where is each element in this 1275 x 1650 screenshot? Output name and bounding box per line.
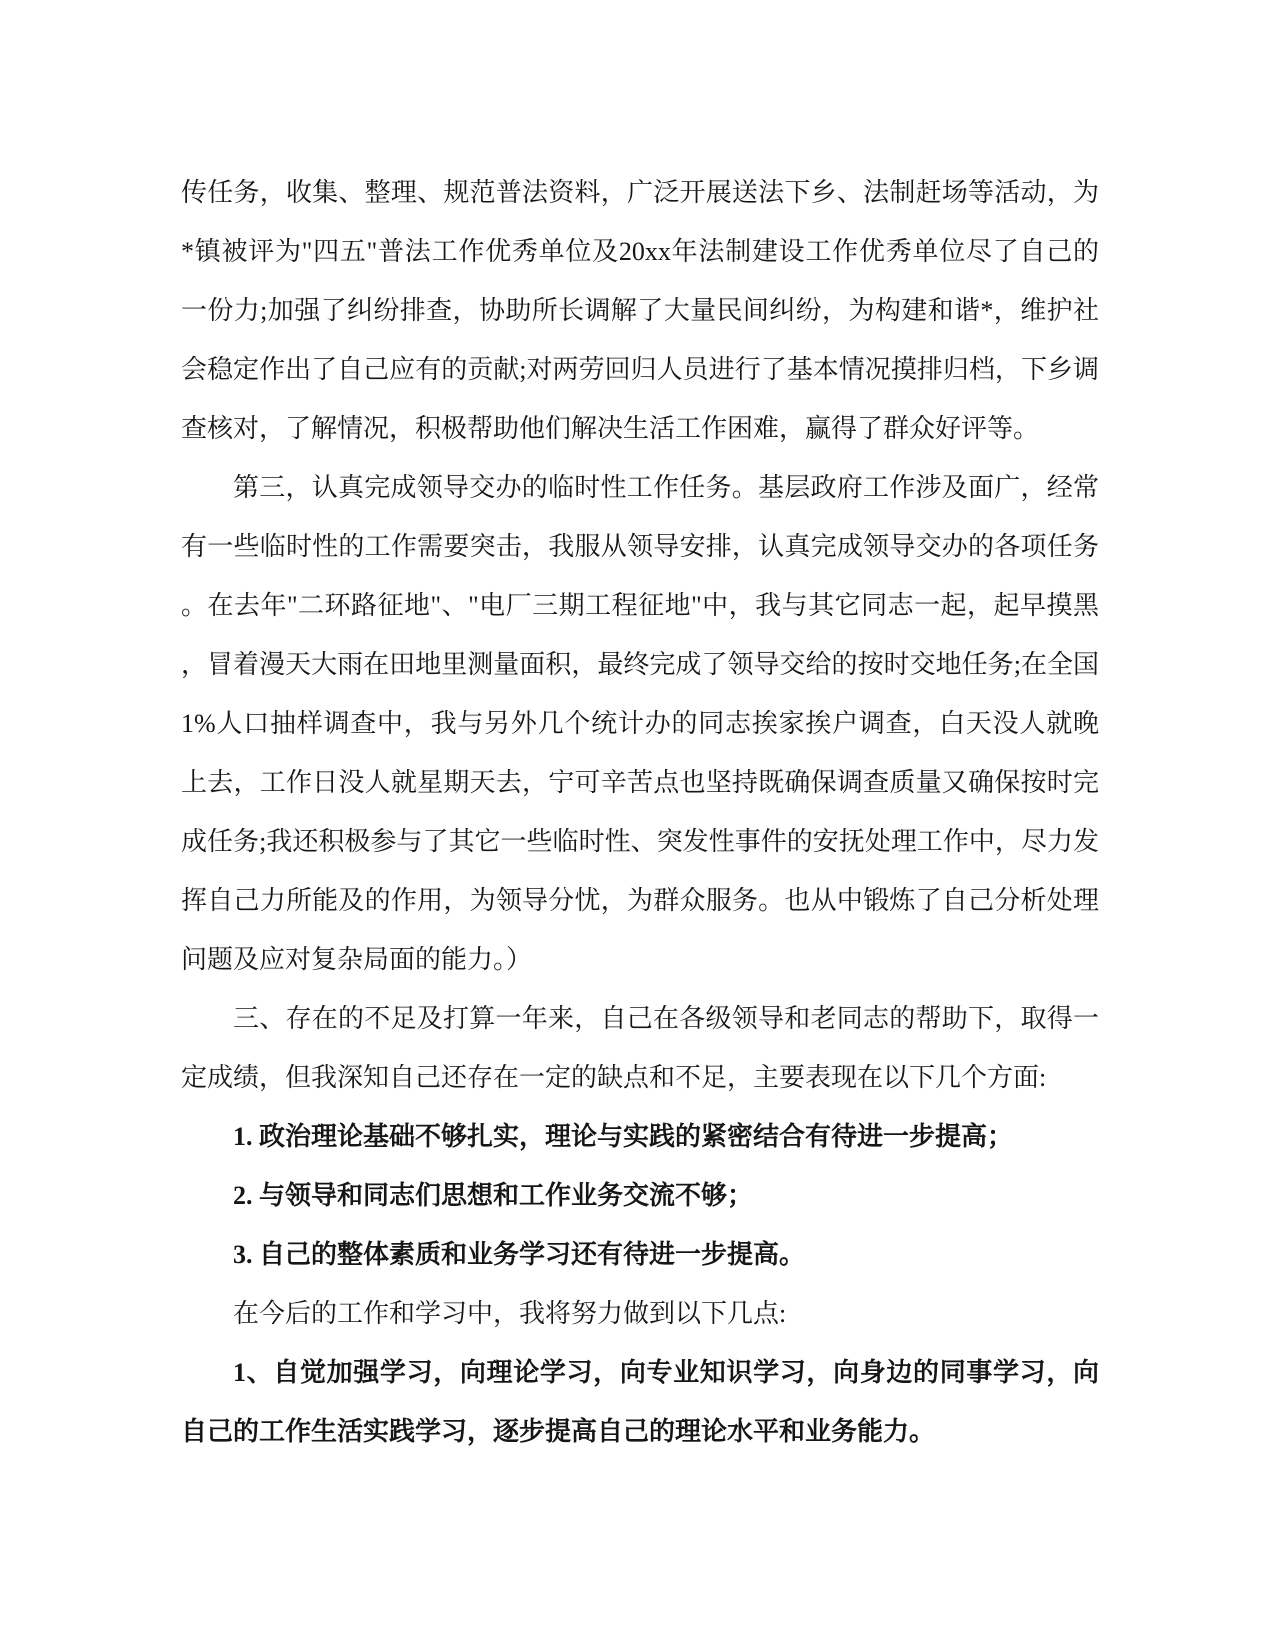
plan-item-1: 1、自觉加强学习，向理论学习，向专业知识学习，向身边的同事学习，向自己的工作生活… <box>181 1343 1099 1461</box>
paragraph-third-temporary-tasks: 第三，认真完成领导交办的临时性工作任务。基层政府工作涉及面广，经常有一些临时性的… <box>181 458 1099 989</box>
shortcoming-item-1: 1. 政治理论基础不够扎实，理论与实践的紧密结合有待进一步提高； <box>181 1107 1099 1166</box>
document-page: { "page": { "width_px": 1275, "height_px… <box>0 0 1275 1650</box>
paragraph-continuation-legal-publicity: 传任务，收集、整理、规范普法资料，广泛开展送法下乡、法制赶场等活动，为*镇被评为… <box>181 163 1099 458</box>
paragraph-future-plan-intro: 在今后的工作和学习中，我将努力做到以下几点: <box>181 1284 1099 1343</box>
paragraph-shortcomings-intro: 三、存在的不足及打算一年来，自己在各级领导和老同志的帮助下，取得一定成绩，但我深… <box>181 989 1099 1107</box>
page-canvas: 传任务，收集、整理、规范普法资料，广泛开展送法下乡、法制赶场等活动，为*镇被评为… <box>0 0 1275 1650</box>
document-body: 传任务，收集、整理、规范普法资料，广泛开展送法下乡、法制赶场等活动，为*镇被评为… <box>181 163 1099 1461</box>
shortcoming-item-3: 3. 自己的整体素质和业务学习还有待进一步提高。 <box>181 1225 1099 1284</box>
shortcoming-item-2: 2. 与领导和同志们思想和工作业务交流不够； <box>181 1166 1099 1225</box>
